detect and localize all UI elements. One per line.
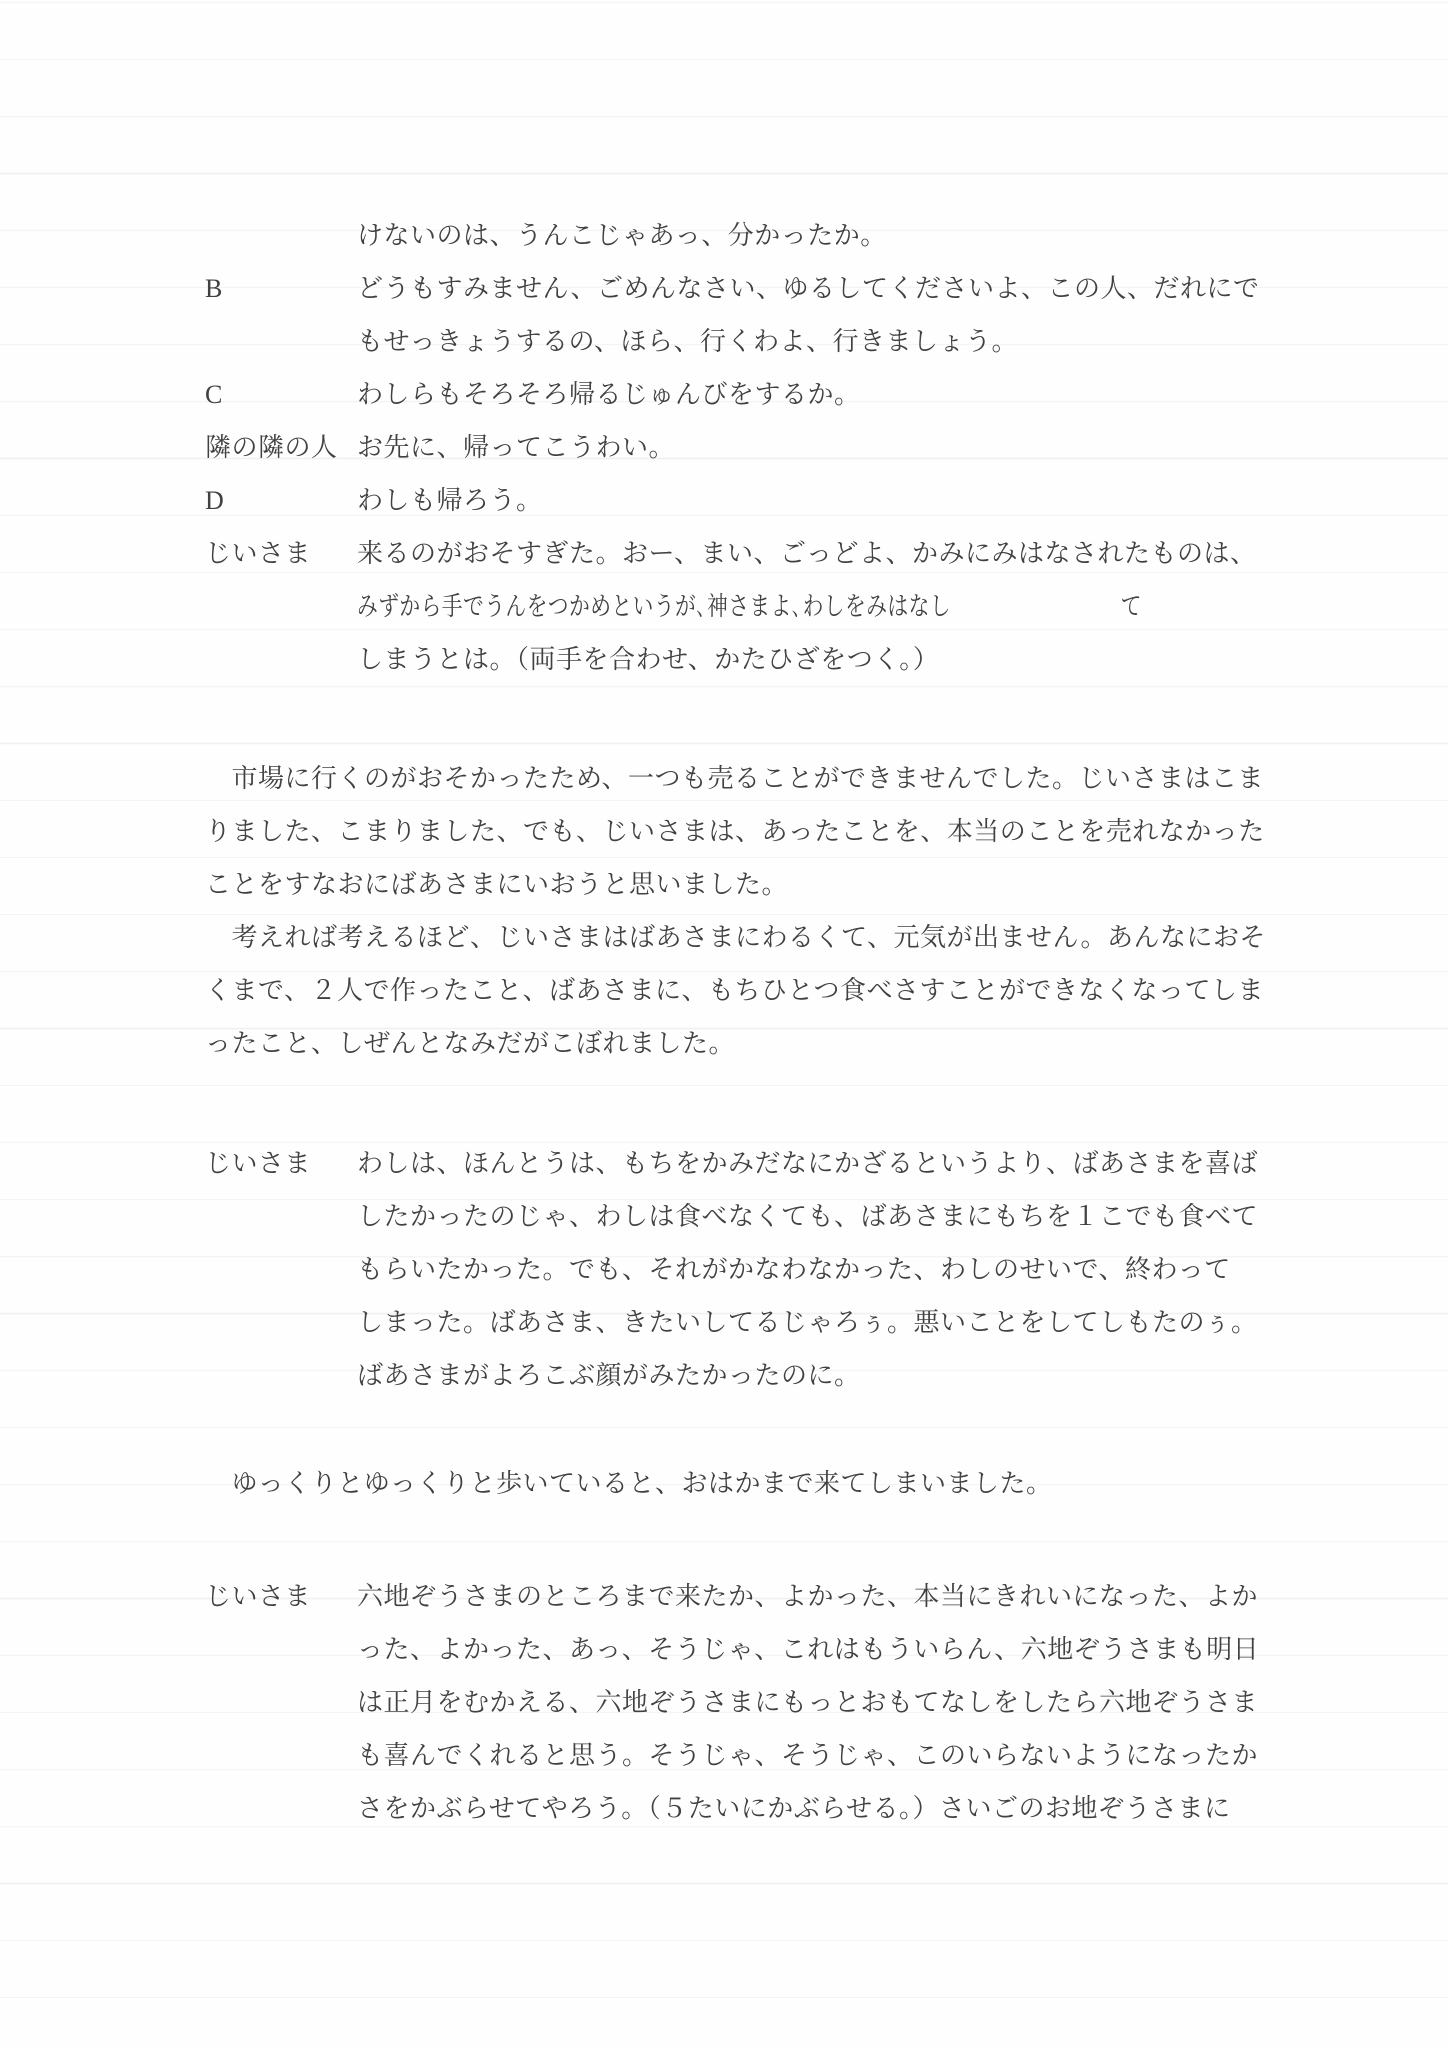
dialogue-block: じいさま 六地ぞうさまのところまで来たか、よかった、本当にきれいになった、よか … [205, 1570, 1308, 1835]
narrative-line: ったこと、しぜんとなみだがこぼれました。 [205, 1017, 1308, 1070]
narrative-line: ゆっくりとゆっくりと歩いていると、おはかまで来てしまいました。 [205, 1457, 1308, 1510]
dialogue-line: わしらもそろそろ帰るじゅんびをするか。 [357, 368, 1308, 421]
dialogue-text: わしは、ほんとうは、もちをかみだなにかざるというより、ばあさまを喜ば したかった… [357, 1137, 1308, 1402]
speaker-label: C [205, 368, 357, 421]
dialogue-line: お先に、帰ってこうわい。 [357, 421, 1308, 474]
dialogue-line: しまった。ばあさま、きたいしてるじゃろぅ。悪いことをしてしもたのぅ。 [357, 1296, 1308, 1349]
dialogue-line: った、よかった、あっ、そうじゃ、これはもういらん、六地ぞうさまも明日 [357, 1623, 1308, 1676]
dialogue-line: どうもすみません、ごめんなさい、ゆるしてくださいよ、この人、だれにで [357, 262, 1308, 315]
dialogue-text: 来るのがおそすぎた。おー、まい、ごっどよ、かみにみはなされたものは、 みずから手… [357, 527, 1308, 686]
speaker-label: じいさま [205, 1137, 357, 1190]
dialogue-text: わしも帰ろう。 [357, 474, 1308, 527]
narrative-line: ことをすなおにばあさまにいおうと思いました。 [205, 858, 1308, 911]
speaker-label: D [205, 474, 357, 527]
dialogue-block: けないのは、うんこじゃあっ、分かったか。 [205, 209, 1308, 262]
dialogue-line: は正月をむかえる、六地ぞうさまにもっとおもてなしをしたら六地ぞうさま [357, 1676, 1308, 1729]
dialogue-text: 六地ぞうさまのところまで来たか、よかった、本当にきれいになった、よか った、よか… [357, 1570, 1308, 1835]
narrative-block: ゆっくりとゆっくりと歩いていると、おはかまで来てしまいました。 [205, 1457, 1308, 1510]
dialogue-line: 来るのがおそすぎた。おー、まい、ごっどよ、かみにみはなされたものは、 [357, 527, 1308, 580]
dialogue-text: どうもすみません、ごめんなさい、ゆるしてくださいよ、この人、だれにで もせっきょ… [357, 262, 1308, 368]
dialogue-line: したかったのじゃ、わしは食べなくても、ばあさまにもちを１こでも食べて [357, 1190, 1308, 1243]
dialogue-text: お先に、帰ってこうわい。 [357, 421, 1308, 474]
dialogue-block: C わしらもそろそろ帰るじゅんびをするか。 [205, 368, 1308, 421]
dialogue-block: D わしも帰ろう。 [205, 474, 1308, 527]
narrative-block: 市場に行くのがおそかったため、一つも売ることができませんでした。じいさまはこま … [205, 752, 1308, 1070]
document-page: けないのは、うんこじゃあっ、分かったか。 B どうもすみません、ごめんなさい、ゆ… [0, 0, 1448, 2048]
dialogue-line: もせっきょうするの、ほら、行くわよ、行きましょう。 [357, 315, 1308, 368]
dialogue-line: もらいたかった。でも、それがかなわなかった、わしのせいで、終わって [357, 1243, 1308, 1296]
narrative-line: 考えれば考えるほど、じいさまはばあさまにわるくて、元気が出ません。あんなにおそ [205, 911, 1308, 964]
script-text: けないのは、うんこじゃあっ、分かったか。 B どうもすみません、ごめんなさい、ゆ… [205, 209, 1308, 1835]
dialogue-block: B どうもすみません、ごめんなさい、ゆるしてくださいよ、この人、だれにで もせっ… [205, 262, 1308, 368]
dialogue-line: さをかぶらせてやろう。（５たいにかぶらせる。）さいごのお地ぞうさまに [357, 1782, 1308, 1835]
dialogue-block: 隣の隣の人 お先に、帰ってこうわい。 [205, 421, 1308, 474]
dialogue-line: みずから手でうんをつかめというが､神さまよ､わしをみはなし て [357, 580, 1118, 633]
dialogue-line: わしは、ほんとうは、もちをかみだなにかざるというより、ばあさまを喜ば [357, 1137, 1308, 1190]
speaker-label: じいさま [205, 527, 357, 580]
narrative-line: 市場に行くのがおそかったため、一つも売ることができませんでした。じいさまはこま [205, 752, 1308, 805]
narrative-line: くまで、２人で作ったこと、ばあさまに、もちひとつ食べさすことができなくなってしま [205, 964, 1308, 1017]
narrative-line: りました、こまりました、でも、じいさまは、あったことを、本当のことを売れなかった [205, 805, 1308, 858]
dialogue-line: わしも帰ろう。 [357, 474, 1308, 527]
dialogue-text: けないのは、うんこじゃあっ、分かったか。 [357, 209, 1308, 262]
dialogue-line: ばあさまがよろこぶ顔がみたかったのに。 [357, 1349, 1308, 1402]
speaker-label: B [205, 262, 357, 315]
speaker-label: じいさま [205, 1570, 357, 1623]
dialogue-line: けないのは、うんこじゃあっ、分かったか。 [357, 209, 1308, 262]
dialogue-block: じいさま 来るのがおそすぎた。おー、まい、ごっどよ、かみにみはなされたものは、 … [205, 527, 1308, 686]
dialogue-text: わしらもそろそろ帰るじゅんびをするか。 [357, 368, 1308, 421]
dialogue-line: も喜んでくれると思う。そうじゃ、そうじゃ、このいらないようになったか [357, 1729, 1308, 1782]
dialogue-block: じいさま わしは、ほんとうは、もちをかみだなにかざるというより、ばあさまを喜ば … [205, 1137, 1308, 1402]
dialogue-line: 六地ぞうさまのところまで来たか、よかった、本当にきれいになった、よか [357, 1570, 1308, 1623]
dialogue-line: しまうとは。（両手を合わせ、かたひざをつく。） [357, 633, 1308, 686]
speaker-label: 隣の隣の人 [205, 421, 357, 474]
